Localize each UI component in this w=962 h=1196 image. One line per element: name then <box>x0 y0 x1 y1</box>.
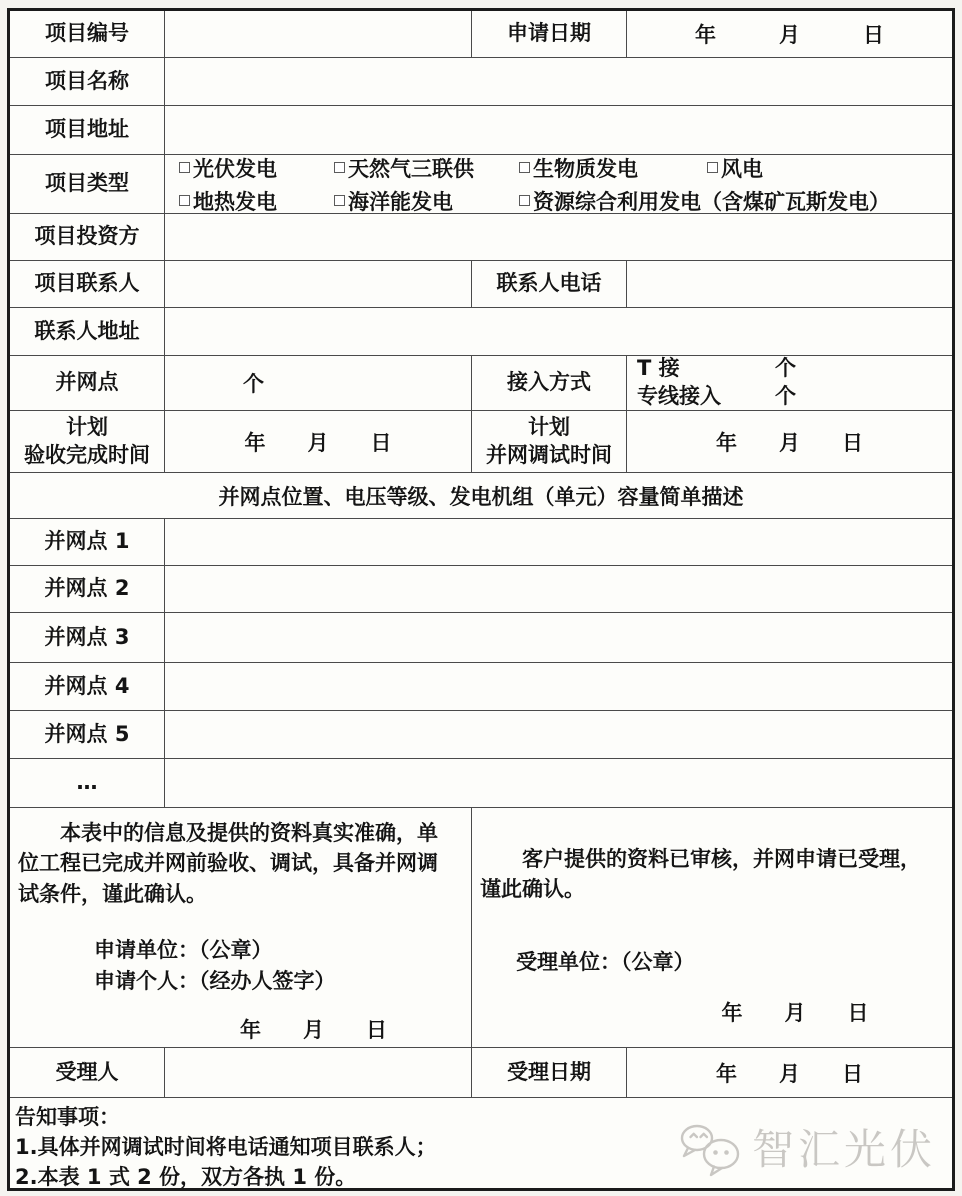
option-gas-trigeneration-label: 天然气三联供 <box>348 155 474 183</box>
planned-acceptance-label: 计划 验收完成时间 <box>24 414 150 469</box>
contact-label-cell: 项目联系人 <box>10 261 165 308</box>
contact-address-label: 联系人地址 <box>35 318 140 345</box>
project-no-value-cell <box>165 11 472 58</box>
investor-value-cell <box>165 214 952 261</box>
apply-date-label: 申请日期 <box>507 20 591 47</box>
handler-value-cell <box>165 1048 472 1098</box>
grid-point-2-value-cell <box>165 566 952 613</box>
checkbox-icon <box>519 162 530 173</box>
grid-point-2-label: 并网点 2 <box>45 575 130 602</box>
accept-date-value: 年 月 日 <box>716 1058 863 1088</box>
watermark-brand-text: 智汇光伏 <box>752 1120 936 1180</box>
option-ocean-energy-label: 海洋能发电 <box>348 186 453 215</box>
planned-commissioning-date: 年 月 日 <box>716 427 863 457</box>
access-mode-label-cell: 接入方式 <box>472 356 627 411</box>
grid-point-3-value-cell <box>165 613 952 663</box>
contact-phone-label: 联系人电话 <box>497 270 602 297</box>
acceptor-date-line: 年 月 日 <box>474 997 946 1027</box>
grid-point-4-label: 并网点 4 <box>45 673 130 700</box>
option-gas-trigeneration: 天然气三联供 <box>334 155 519 183</box>
option-geothermal: 地热发电 <box>179 186 334 215</box>
accept-date-label: 受理日期 <box>507 1059 591 1086</box>
watermark: 智汇光伏 <box>678 1120 936 1180</box>
project-name-label: 项目名称 <box>45 68 129 95</box>
applicant-date-line: 年 月 日 <box>12 1014 465 1044</box>
grid-connection-application-form: 项目编号 申请日期 年 月 日 项目名称 项目地址 项目类型 光伏发电 天然气三… <box>7 8 955 1191</box>
option-biomass: 生物质发电 <box>519 155 707 183</box>
access-t-unit: 个 <box>775 356 796 383</box>
applicant-person-line: 申请个人：（经办人签字） <box>94 966 465 996</box>
grid-point-label-cell: 并网点 <box>10 356 165 411</box>
wechat-bubbles-icon <box>678 1121 744 1179</box>
grid-point-5-value-cell <box>165 711 952 759</box>
planned-commissioning-label: 计划 并网调试时间 <box>486 414 612 469</box>
checkbox-icon <box>519 195 530 206</box>
contact-label: 项目联系人 <box>35 270 140 297</box>
notes-cell: 告知事项： 1.具体并网调试时间将电话通知项目联系人； 2.本表 1 式 2 份… <box>10 1098 952 1188</box>
contact-phone-value-cell <box>627 261 952 308</box>
access-mode-t-row: T 接个 <box>637 356 952 383</box>
option-ocean-energy: 海洋能发电 <box>334 186 519 215</box>
planned-acceptance-date-cell: 年 月 日 <box>165 411 472 473</box>
checkbox-icon <box>707 162 718 173</box>
description-header: 并网点位置、电压等级、发电机组（单元）容量简单描述 <box>219 481 744 511</box>
checkbox-icon <box>334 162 345 173</box>
grid-point-count-cell: 个 <box>165 356 472 411</box>
accept-date-label-cell: 受理日期 <box>472 1048 627 1098</box>
contact-phone-label-cell: 联系人电话 <box>472 261 627 308</box>
grid-point-4-value-cell <box>165 663 952 711</box>
access-dedicated-label: 专线接入 <box>637 383 775 411</box>
grid-point-2-label-cell: 并网点 2 <box>10 566 165 613</box>
planned-commissioning-label-cell: 计划 并网调试时间 <box>472 411 627 473</box>
handler-label-cell: 受理人 <box>10 1048 165 1098</box>
project-no-label: 项目编号 <box>45 20 129 47</box>
grid-point-5-label-cell: 并网点 5 <box>10 711 165 759</box>
access-t-label: T 接 <box>637 356 775 383</box>
planned-acceptance-label-line2: 验收完成时间 <box>24 442 150 469</box>
acceptor-unit-line: 受理单位：（公章） <box>516 947 946 977</box>
option-wind: 风电 <box>707 155 763 183</box>
grid-point-1-label-cell: 并网点 1 <box>10 519 165 566</box>
access-mode-label: 接入方式 <box>507 369 591 396</box>
grid-point-1-value-cell <box>165 519 952 566</box>
applicant-signature-block: 申请单位：（公章） 申请个人：（经办人签字） <box>12 935 465 996</box>
grid-point-unit: 个 <box>243 368 264 398</box>
apply-date-value: 年 月 日 <box>695 19 884 49</box>
contact-address-label-cell: 联系人地址 <box>10 308 165 356</box>
project-no-label-cell: 项目编号 <box>10 11 165 58</box>
apply-date-label-cell: 申请日期 <box>472 11 627 58</box>
option-resource-utilization: 资源综合利用发电（含煤矿瓦斯发电） <box>519 186 890 215</box>
option-resource-utilization-label: 资源综合利用发电（含煤矿瓦斯发电） <box>533 186 890 215</box>
grid-point-3-label: 并网点 3 <box>45 624 130 651</box>
access-mode-value-cell: T 接个 专线接入个 <box>627 356 952 411</box>
project-name-value-cell <box>165 58 952 106</box>
acceptor-declaration-cell: 客户提供的资料已审核，并网申请已受理，谨此确认。 受理单位：（公章） 年 月 日 <box>472 808 952 1048</box>
project-type-options-row-2: 地热发电 海洋能发电 资源综合利用发电（含煤矿瓦斯发电） <box>179 186 952 215</box>
applicant-declaration-cell: 本表中的信息及提供的资料真实准确，单位工程已完成并网前验收、调试，具备并网调试条… <box>10 808 472 1048</box>
option-biomass-label: 生物质发电 <box>533 155 638 183</box>
applicant-unit-line: 申请单位：（公章） <box>94 935 465 965</box>
handler-label: 受理人 <box>56 1059 119 1086</box>
option-wind-label: 风电 <box>721 155 763 183</box>
project-type-options-cell: 光伏发电 天然气三联供 生物质发电 风电 地热发电 海洋能发电 资源综合利用发电… <box>165 155 952 214</box>
option-geothermal-label: 地热发电 <box>193 186 277 215</box>
accept-date-value-cell: 年 月 日 <box>627 1048 952 1098</box>
planned-commissioning-date-cell: 年 月 日 <box>627 411 952 473</box>
project-type-label-cell: 项目类型 <box>10 155 165 214</box>
project-type-options-row-1: 光伏发电 天然气三联供 生物质发电 风电 <box>179 155 952 183</box>
grid-point-more-label: … <box>77 769 98 796</box>
option-pv-label: 光伏发电 <box>193 155 277 183</box>
checkbox-icon <box>179 162 190 173</box>
grid-point-label: 并网点 <box>56 369 119 396</box>
grid-point-more-value-cell <box>165 759 952 808</box>
description-header-cell: 并网点位置、电压等级、发电机组（单元）容量简单描述 <box>10 473 952 519</box>
access-dedicated-unit: 个 <box>775 383 796 411</box>
checkbox-icon <box>179 195 190 206</box>
grid-point-4-label-cell: 并网点 4 <box>10 663 165 711</box>
access-mode-dedicated-row: 专线接入个 <box>637 383 952 411</box>
option-pv: 光伏发电 <box>179 155 334 183</box>
apply-date-value-cell: 年 月 日 <box>627 11 952 58</box>
project-type-label: 项目类型 <box>45 170 129 197</box>
project-address-value-cell <box>165 106 952 155</box>
grid-point-more-label-cell: … <box>10 759 165 808</box>
planned-commissioning-label-line1: 计划 <box>486 414 612 441</box>
investor-label-cell: 项目投资方 <box>10 214 165 261</box>
planned-acceptance-label-line1: 计划 <box>24 414 150 441</box>
grid-point-1-label: 并网点 1 <box>45 528 130 555</box>
project-address-label: 项目地址 <box>45 116 129 143</box>
checkbox-icon <box>334 195 345 206</box>
contact-value-cell <box>165 261 472 308</box>
planned-commissioning-label-line2: 并网调试时间 <box>486 442 612 469</box>
contact-address-value-cell <box>165 308 952 356</box>
planned-acceptance-label-cell: 计划 验收完成时间 <box>10 411 165 473</box>
acceptor-signature-block: 受理单位：（公章） <box>474 947 946 977</box>
grid-point-3-label-cell: 并网点 3 <box>10 613 165 663</box>
project-name-label-cell: 项目名称 <box>10 58 165 106</box>
planned-acceptance-date: 年 月 日 <box>245 427 392 457</box>
investor-label: 项目投资方 <box>35 223 140 250</box>
acceptor-declaration-paragraph: 客户提供的资料已审核，并网申请已受理，谨此确认。 <box>480 844 938 905</box>
grid-point-5-label: 并网点 5 <box>45 721 130 748</box>
project-address-label-cell: 项目地址 <box>10 106 165 155</box>
applicant-declaration-paragraph: 本表中的信息及提供的资料真实准确，单位工程已完成并网前验收、调试，具备并网调试条… <box>18 818 457 909</box>
